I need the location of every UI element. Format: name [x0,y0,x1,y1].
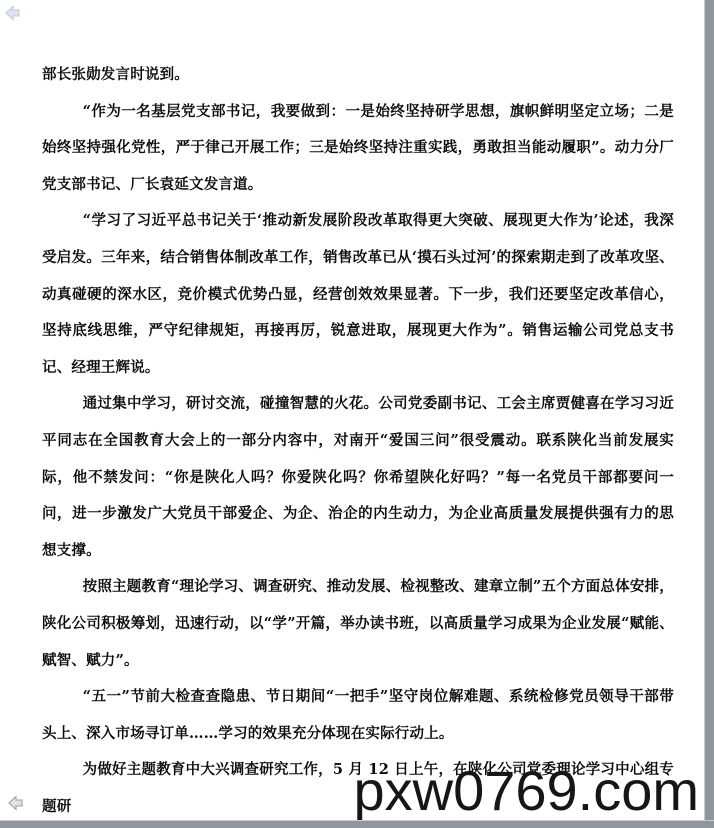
paragraph: “作为一名基层党支部书记，我要做到：一是始终坚持研学思想，旗帜鲜明坚定立场；二是… [42,94,674,204]
page-edge-right [704,0,714,828]
paragraph: “学习了习近平总书记关于‘推动新发展阶段改革取得更大突破、展现更大作为’论述，我… [42,203,674,386]
paragraph: “五一”节前大检查查隐患、节日期间“一把手”坚守岗位解难题、系统检修党员领导干部… [42,679,674,752]
back-left-arrow-icon[interactable] [5,5,20,25]
watermark: pxw0769.com [353,763,699,819]
back-left-arrow-icon[interactable] [8,795,23,815]
paragraph: 按照主题教育“理论学习、调查研究、推动发展、检视整改、建章立制”五个方面总体安排… [42,569,674,679]
document-body: 部长张勋发言时说到。“作为一名基层党支部书记，我要做到：一是始终坚持研学思想，旗… [42,57,674,825]
page-edge-bottom [0,820,714,828]
document-page: 部长张勋发言时说到。“作为一名基层党支部书记，我要做到：一是始终坚持研学思想，旗… [0,0,714,828]
paragraph: 部长张勋发言时说到。 [42,57,674,94]
paragraph: 通过集中学习，研讨交流，碰撞智慧的火花。公司党委副书记、工会主席贾健喜在学习习近… [42,386,674,569]
